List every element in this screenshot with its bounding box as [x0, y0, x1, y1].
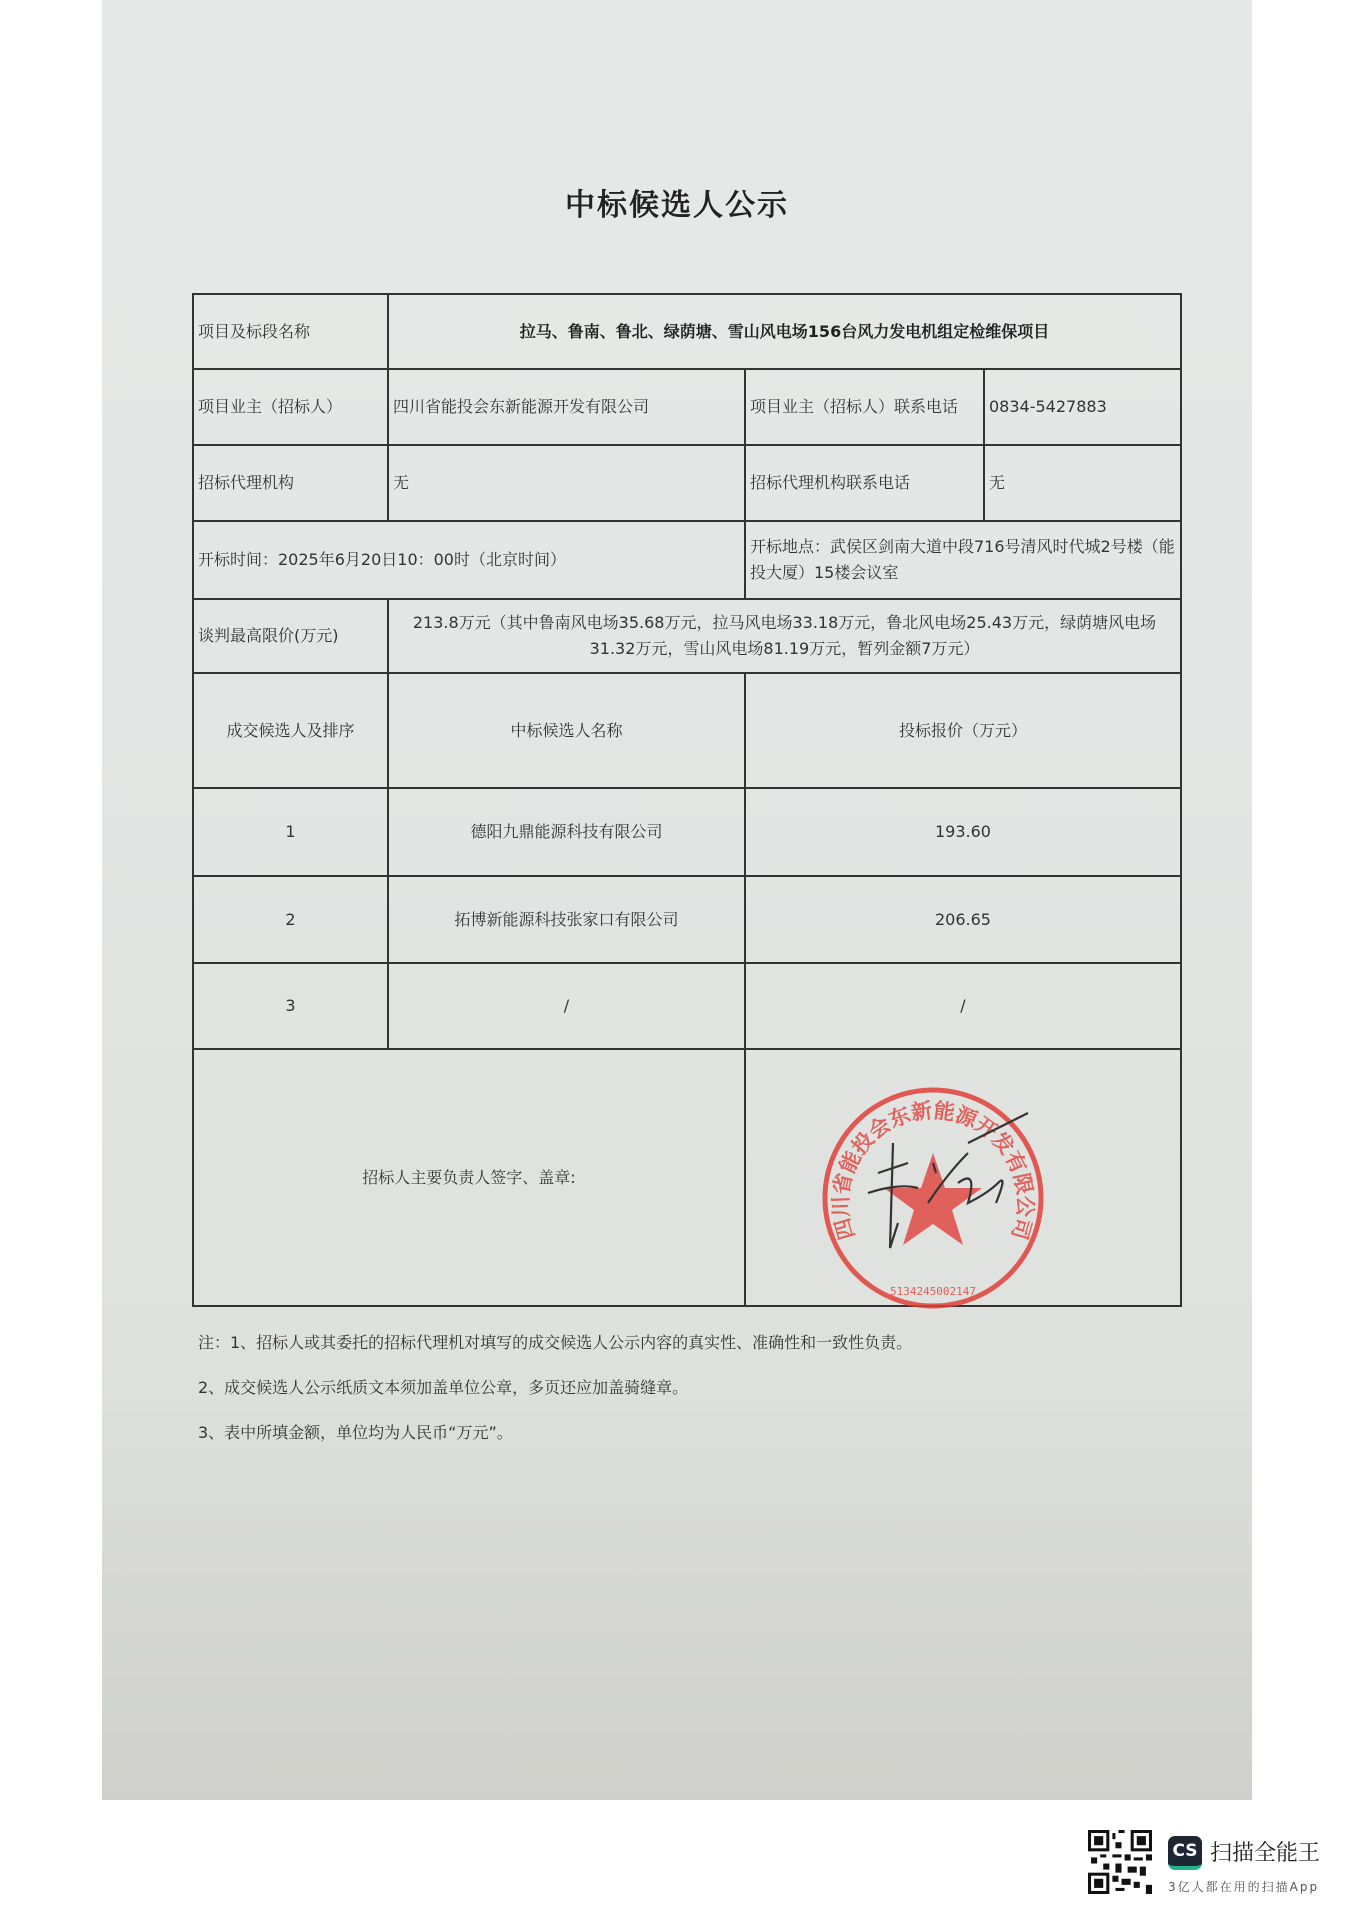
header-price: 投标报价（万元）: [744, 672, 1182, 789]
note-3: 3、表中所填金额，单位均为人民币“万元”。: [198, 1420, 1098, 1443]
candidate-name-2: 拓博新能源科技张家口有限公司: [387, 875, 746, 964]
svg-text:5134245002147: 5134245002147: [890, 1285, 976, 1298]
candidate-name-1: 德阳九鼎能源科技有限公司: [387, 787, 746, 877]
max-price-value: 213.8万元（其中鲁南风电场35.68万元，拉马风电场33.18万元，鲁北风电…: [387, 598, 1182, 674]
qr-code-icon[interactable]: [1088, 1830, 1152, 1894]
page-title: 中标候选人公示: [102, 180, 1252, 224]
agency-phone-label: 招标代理机构联系电话: [744, 444, 985, 522]
company-seal-icon: 四川省能投会东新能源开发有限公司 5134245002147: [818, 1073, 1048, 1323]
candidate-name-3: /: [387, 962, 746, 1050]
header-rank: 成交候选人及排序: [192, 672, 389, 789]
owner-phone-value: 0834-5427883: [983, 368, 1182, 446]
notes-section: 注：1、招标人或其委托的招标代理机对填写的成交候选人公示内容的真实性、准确性和一…: [198, 1330, 1098, 1465]
note-1: 注：1、招标人或其委托的招标代理机对填写的成交候选人公示内容的真实性、准确性和一…: [198, 1330, 1098, 1353]
header-name: 中标候选人名称: [387, 672, 746, 789]
camscanner-logo-icon: CS: [1168, 1836, 1202, 1870]
candidate-price-3: /: [744, 962, 1182, 1050]
project-value: 拉马、鲁南、鲁北、绿荫塘、雪山风电场156台风力发电机组定检维保项目: [387, 293, 1182, 370]
agency-label: 招标代理机构: [192, 444, 389, 522]
agency-value: 无: [387, 444, 746, 522]
owner-label: 项目业主（招标人）: [192, 368, 389, 446]
agency-phone-value: 无: [983, 444, 1182, 522]
candidate-price-1: 193.60: [744, 787, 1182, 877]
signature-label: 招标人主要负责人签字、盖章:: [192, 1048, 746, 1307]
owner-value: 四川省能投会东新能源开发有限公司: [387, 368, 746, 446]
camscanner-tagline: 3亿人都在用的扫描App: [1168, 1878, 1319, 1895]
candidate-price-2: 206.65: [744, 875, 1182, 964]
owner-phone-label: 项目业主（招标人）联系电话: [744, 368, 985, 446]
opening-time: 开标时间：2025年6月20日10：00时（北京时间）: [192, 520, 746, 600]
camscanner-app-name: 扫描全能王: [1210, 1836, 1320, 1867]
note-2: 2、成交候选人公示纸质文本须加盖单位公章，多页还应加盖骑缝章。: [198, 1375, 1098, 1398]
candidate-rank-1: 1: [192, 787, 389, 877]
candidate-rank-2: 2: [192, 875, 389, 964]
opening-place: 开标地点：武侯区剑南大道中段716号清风时代城2号楼（能投大厦）15楼会议室: [744, 520, 1182, 600]
camscanner-watermark: CS 扫描全能王 3亿人都在用的扫描App: [1088, 1830, 1348, 1900]
candidate-rank-3: 3: [192, 962, 389, 1050]
max-price-label: 谈判最高限价(万元): [192, 598, 389, 674]
project-label: 项目及标段名称: [192, 293, 389, 370]
